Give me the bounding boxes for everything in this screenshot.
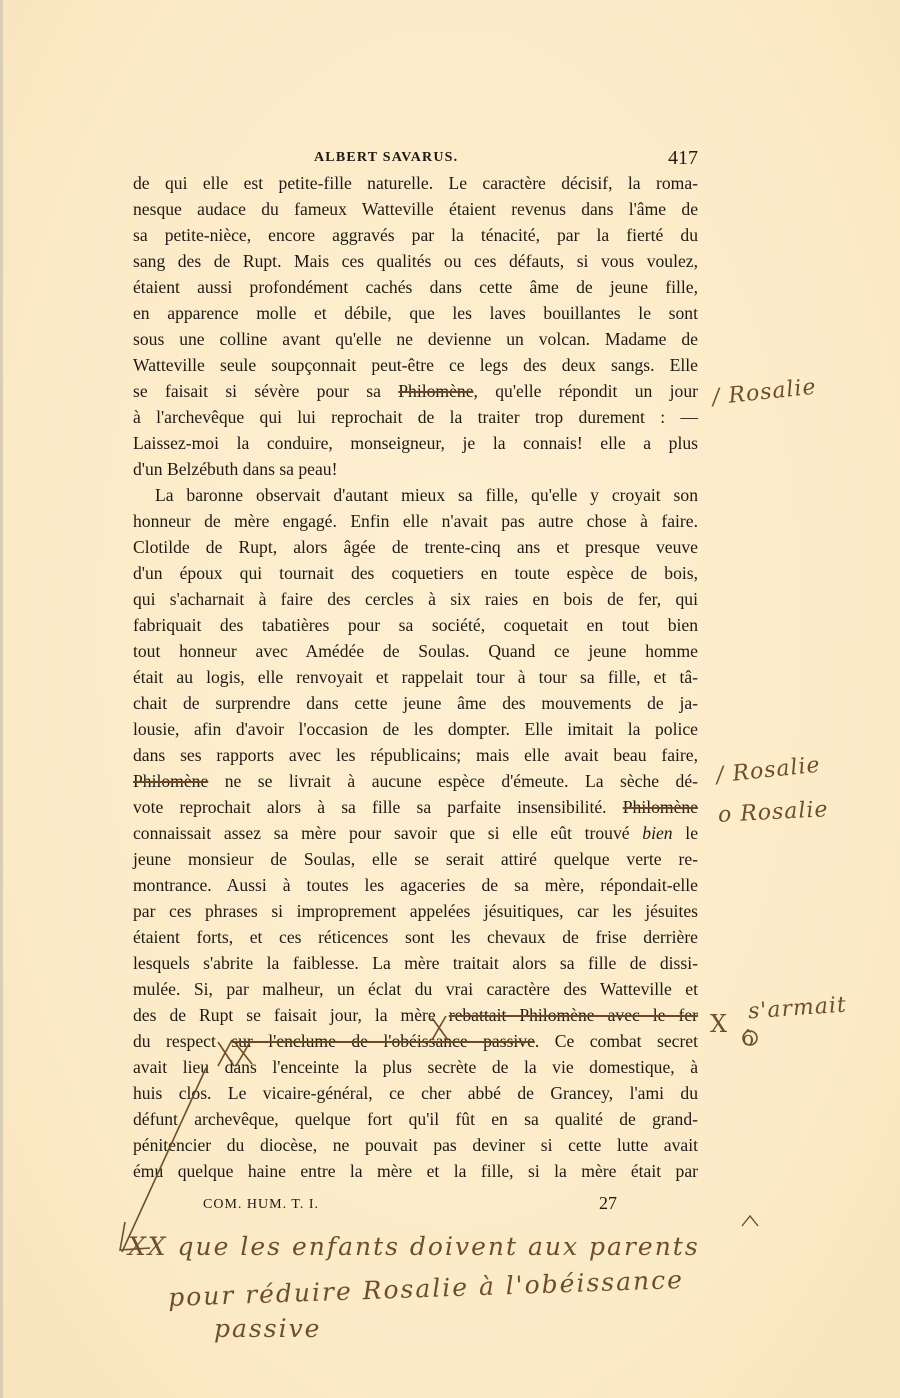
text-line: connaissait assez sa mère pour savoir qu… bbox=[133, 820, 698, 846]
text-line: dans ses rapports avec les républicains;… bbox=[133, 742, 698, 768]
text-line: Watteville seule soupçonnait peut-être c… bbox=[133, 352, 698, 378]
text-segment: des de Rupt se faisait jour, la mère bbox=[133, 1005, 449, 1025]
text-line: sous une colline avant qu'elle ne devien… bbox=[133, 326, 698, 352]
struck-word: Philomène bbox=[398, 381, 473, 401]
text-line: lousie, afin d'avoir l'occasion de les d… bbox=[133, 716, 698, 742]
body-text: de qui elle est petite-fille naturelle. … bbox=[133, 170, 698, 1184]
book-page: ALBERT SAVARUS. 417 de qui elle est peti… bbox=[0, 0, 900, 1398]
text-line: sang des de Rupt. Mais ces qualités ou c… bbox=[133, 248, 698, 274]
text-line: qui s'acharnait à faire des cercles à si… bbox=[133, 586, 698, 612]
text-line: lesquels s'abrite la faiblesse. La mère … bbox=[133, 950, 698, 976]
text-line: était au logis, elle renvoyait et rappel… bbox=[133, 664, 698, 690]
text-line: d'un époux qui tournait des coquetiers e… bbox=[133, 560, 698, 586]
page-footer: COM. HUM. T. I. 27 bbox=[133, 1195, 698, 1217]
text-line: étaient forts, et ces réticences sont le… bbox=[133, 924, 698, 950]
margin-annotation: / Rosalie bbox=[711, 375, 818, 411]
text-line: Philomène ne se livrait à aucune espèce … bbox=[133, 768, 698, 794]
caret-mark bbox=[742, 1216, 758, 1226]
text-segment: connaissait assez sa mère pour savoir qu… bbox=[133, 823, 642, 843]
text-line: d'un Belzébuth dans sa peau! bbox=[133, 456, 698, 482]
running-head: ALBERT SAVARUS. 417 bbox=[134, 148, 698, 170]
handwritten-footnote-line: pour réduire Rosalie à l'obéissance bbox=[168, 1265, 685, 1312]
text-line: vote reprochait alors à sa fille sa parf… bbox=[133, 794, 698, 820]
margin-annotation: / Rosalie bbox=[715, 753, 822, 789]
text-line: mulée. Si, par malheur, un éclat du vrai… bbox=[133, 976, 698, 1002]
text-line: chait de surprendre dans cette jeune âme… bbox=[133, 690, 698, 716]
text-line: tout honneur avec Amédée de Soulas. Quan… bbox=[133, 638, 698, 664]
text-segment: se faisait si sévère pour sa bbox=[133, 381, 398, 401]
text-segment: ne se livrait à aucune espèce d'émeute. … bbox=[208, 771, 698, 791]
page-edge bbox=[0, 0, 3, 1398]
struck-word: Philomène bbox=[133, 771, 208, 791]
text-line: jeune monsieur de Soulas, elle se serait… bbox=[133, 846, 698, 872]
text-line: par ces phrases si improprement appelées… bbox=[133, 898, 698, 924]
text-segment: le bbox=[673, 823, 698, 843]
circled-mark: ô bbox=[742, 1026, 755, 1050]
sheet-number: 27 bbox=[599, 1193, 617, 1214]
text-line: Laissez-moi la conduire, monseigneur, je… bbox=[133, 430, 698, 456]
text-line: se faisait si sévère pour sa Philomène, … bbox=[133, 378, 698, 404]
text-line: sa petite-nièce, encore aggravés par la … bbox=[133, 222, 698, 248]
text-segment: vote reprochait alors à sa fille sa parf… bbox=[133, 797, 623, 817]
text-line: montrance. Aussi à toutes les agaceries … bbox=[133, 872, 698, 898]
text-segment: du respect bbox=[133, 1031, 231, 1051]
struck-phrase: rebattait Philomène avec le fer bbox=[449, 1005, 698, 1025]
text-segment: , qu'elle répondit un jour bbox=[474, 381, 698, 401]
handwritten-footnote-line: XX que les enfants doivent aux parents bbox=[128, 1232, 700, 1261]
text-line: honneur de mère engagé. Enfin elle n'ava… bbox=[133, 508, 698, 534]
signature-mark: COM. HUM. T. I. bbox=[203, 1197, 319, 1213]
running-title: ALBERT SAVARUS. bbox=[314, 150, 458, 166]
margin-annotation: s'armait bbox=[747, 993, 847, 1025]
text-line: étaient aussi profondément cachés dans c… bbox=[133, 274, 698, 300]
text-line: nesque audace du fameux Watteville étaie… bbox=[133, 196, 698, 222]
text-line: du respect sur l'enclume de l'obéissance… bbox=[133, 1028, 698, 1054]
text-line: huis clos. Le vicaire-général, ce cher a… bbox=[133, 1080, 698, 1106]
text-line: de qui elle est petite-fille naturelle. … bbox=[133, 170, 698, 196]
margin-annotation: o Rosalie bbox=[717, 797, 829, 828]
insert-mark: X bbox=[710, 1010, 728, 1038]
text-line: défunt archevêque, quelque fort qu'il fû… bbox=[133, 1106, 698, 1132]
text-line: Clotilde de Rupt, alors âgée de trente-c… bbox=[133, 534, 698, 560]
text-line: à l'archevêque qui lui reprochait de la … bbox=[133, 404, 698, 430]
text-line: pénitencier du diocèse, ne pouvait pas d… bbox=[133, 1132, 698, 1158]
text-line: La baronne observait d'autant mieux sa f… bbox=[133, 482, 698, 508]
text-line: avait lieu dans l'enceinte la plus secrè… bbox=[133, 1054, 698, 1080]
text-line: ému quelque haine entre la mère et la fi… bbox=[133, 1158, 698, 1184]
text-segment: . Ce combat secret bbox=[535, 1031, 698, 1051]
page-number: 417 bbox=[668, 147, 698, 170]
struck-word: Philomène bbox=[623, 797, 698, 817]
text-line: fabriquait des tabatières pour sa sociét… bbox=[133, 612, 698, 638]
italic-word: bien bbox=[642, 823, 672, 843]
handwritten-footnote-line: passive bbox=[214, 1314, 321, 1343]
text-line: en apparence molle et débile, que les la… bbox=[133, 300, 698, 326]
text-line: des de Rupt se faisait jour, la mère reb… bbox=[133, 1002, 698, 1028]
struck-phrase: sur l'enclume de l'obéissance passive bbox=[231, 1031, 535, 1051]
